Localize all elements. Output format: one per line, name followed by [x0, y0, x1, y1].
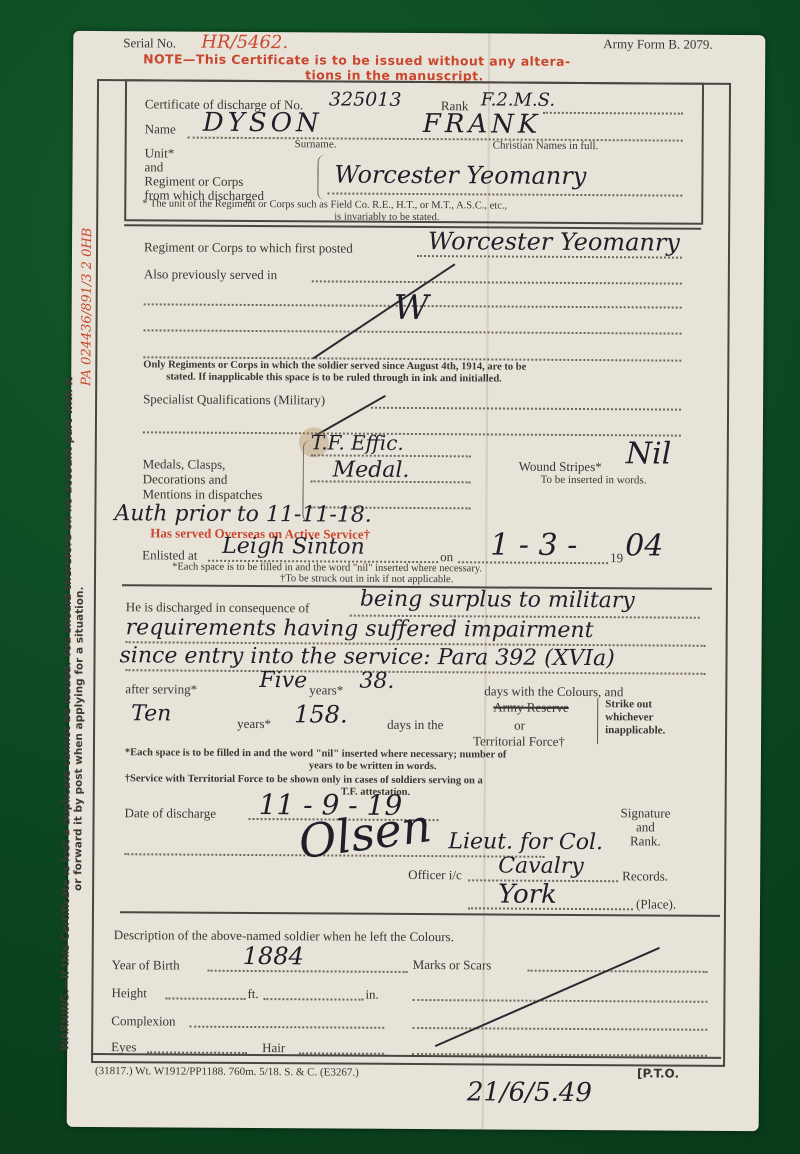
- year-value: 04: [625, 528, 663, 563]
- signature-rank-label: Signature and Rank.: [620, 806, 670, 848]
- years-colours-value: Five: [259, 668, 307, 693]
- enlisted-footnote-2: †To be struck out in ink if not applicab…: [280, 573, 453, 585]
- certificate-number: 325013: [329, 88, 402, 110]
- marks-label: Marks or Scars: [413, 957, 492, 973]
- place-value: York: [498, 880, 557, 910]
- medals-label-line: Decorations and: [143, 471, 263, 487]
- served-note-2: stated. If inapplicable this space is to…: [166, 371, 502, 384]
- strike-out-line: whichever: [605, 711, 665, 724]
- specialist-label: Specialist Qualifications (Military): [143, 391, 325, 408]
- unit-label: Unit* and Regiment or Corps from which d…: [144, 146, 264, 203]
- surname-value: DYSON: [203, 108, 323, 139]
- form-id: Army Form B. 2079.: [603, 36, 713, 53]
- rank-value: F.2.M.S.: [481, 89, 555, 110]
- medals-label: Medals, Clasps, Decorations and Mentions…: [142, 456, 262, 502]
- service-note-3: †Service with Territorial Force to be sh…: [125, 773, 483, 786]
- signed-rank: Lieut. for Col.: [448, 829, 603, 855]
- previously-label: Also previously served in: [144, 266, 277, 283]
- officer-label: Officer i/c: [408, 867, 462, 883]
- unit-value: Worcester Yeomanry: [334, 160, 586, 190]
- reason-line-2: requirements having suffered impairment: [126, 615, 594, 643]
- enlisted-place: Leigh Sinton: [222, 534, 365, 560]
- medals-label-line: Mentions in dispatches: [142, 486, 262, 502]
- strike-out-note: Strike out whichever inapplicable.: [605, 698, 665, 737]
- days-tf-value: 158.: [294, 700, 348, 728]
- wound-caption: To be inserted in words.: [541, 474, 647, 487]
- wound-value: Nil: [626, 436, 672, 471]
- medals-value-2: Medal.: [333, 457, 410, 482]
- year-prefix: 19: [610, 550, 623, 566]
- medals-label-line: Medals, Clasps,: [143, 456, 263, 472]
- medals-value-1: T.F. Effic.: [311, 430, 404, 455]
- first-posted-value: Worcester Yeomanry: [428, 227, 680, 257]
- eyes-label: Eyes: [111, 1039, 136, 1055]
- ft-label: ft.: [247, 986, 258, 1002]
- christian-names-value: FRANK: [423, 109, 542, 140]
- signature-label-line: Rank.: [620, 834, 670, 848]
- service-note-2: years to be written in words.: [309, 760, 437, 772]
- christian-caption: Christian Names in full.: [493, 139, 599, 152]
- officer-value: Cavalry: [498, 854, 584, 880]
- date-discharge-label: Date of discharge: [125, 805, 217, 822]
- discharge-certificate: Serial No. HR/5462. Army Form B. 2079. N…: [67, 31, 766, 1131]
- signature-label-line: Signature: [621, 806, 671, 820]
- years-tf-value: Ten: [131, 701, 171, 726]
- name-label: Name: [145, 121, 176, 137]
- reason-line-3: since entry into the service: Para 392 (…: [119, 643, 614, 671]
- reason-line-1: being surplus to military: [360, 587, 635, 614]
- hair-label: Hair: [262, 1040, 285, 1056]
- surname-caption: Surname.: [295, 138, 337, 150]
- complexion-label: Complexion: [111, 1013, 175, 1029]
- year-birth-value: 1884: [243, 942, 304, 970]
- discharged-label: He is discharged in consequence of: [126, 599, 310, 616]
- years-label: years*: [309, 682, 343, 698]
- years-label: years*: [237, 716, 271, 732]
- first-posted-label: Regiment or Corps to which first posted: [144, 239, 353, 256]
- strike-out-line: Strike out: [605, 698, 665, 711]
- margin-warning: WARNING.—If this Certificate is lost a d…: [59, 51, 89, 1051]
- days-in-the-label: days in the: [387, 717, 443, 733]
- enlisted-date: 1 - 3 -: [490, 527, 577, 563]
- auth-note: Auth prior to 11-11-18.: [114, 501, 372, 528]
- handwritten-reference: 21/6/5.49: [467, 1077, 592, 1108]
- place-label: (Place).: [636, 896, 676, 912]
- strike-out-line: inapplicable.: [605, 724, 665, 737]
- margin-annotation: PA 024436/891/3 2 0HB: [79, 228, 95, 386]
- year-birth-label: Year of Birth: [112, 957, 180, 973]
- days-colours-value: 38.: [359, 669, 394, 694]
- records-label: Records.: [622, 868, 668, 884]
- pto-label: [P.T.O.: [637, 1066, 679, 1080]
- unit-footnote-2: is invariably to be stated.: [334, 211, 439, 223]
- served-note-1: Only Regiments or Corps in which the sol…: [143, 359, 526, 372]
- initials: W: [394, 288, 429, 328]
- in-label: in.: [365, 987, 378, 1003]
- unit-footnote-1: * The unit of the Regiment or Corps such…: [142, 198, 507, 211]
- wound-label: Wound Stripes*: [519, 459, 602, 476]
- height-label: Height: [111, 985, 146, 1001]
- after-serving-label: after serving*: [125, 681, 197, 697]
- army-reserve-label-struck: Army Reserve: [493, 699, 569, 715]
- brace: [597, 698, 602, 744]
- note-line-1: NOTE—This Certificate is to be issued wi…: [143, 51, 570, 69]
- serial-label: Serial No.: [123, 35, 176, 51]
- brace: [317, 154, 326, 200]
- or-label: or: [514, 718, 525, 734]
- service-note-1: *Each space is to be filled in and the w…: [125, 747, 506, 760]
- serial-value: HR/5462.: [201, 32, 288, 54]
- territorial-label: Territorial Force†: [473, 733, 565, 750]
- days-colours-label: days with the Colours, and: [484, 683, 623, 700]
- print-info: (31817.) Wt. W1912/PP1188. 760m. 5/18. S…: [95, 1065, 359, 1079]
